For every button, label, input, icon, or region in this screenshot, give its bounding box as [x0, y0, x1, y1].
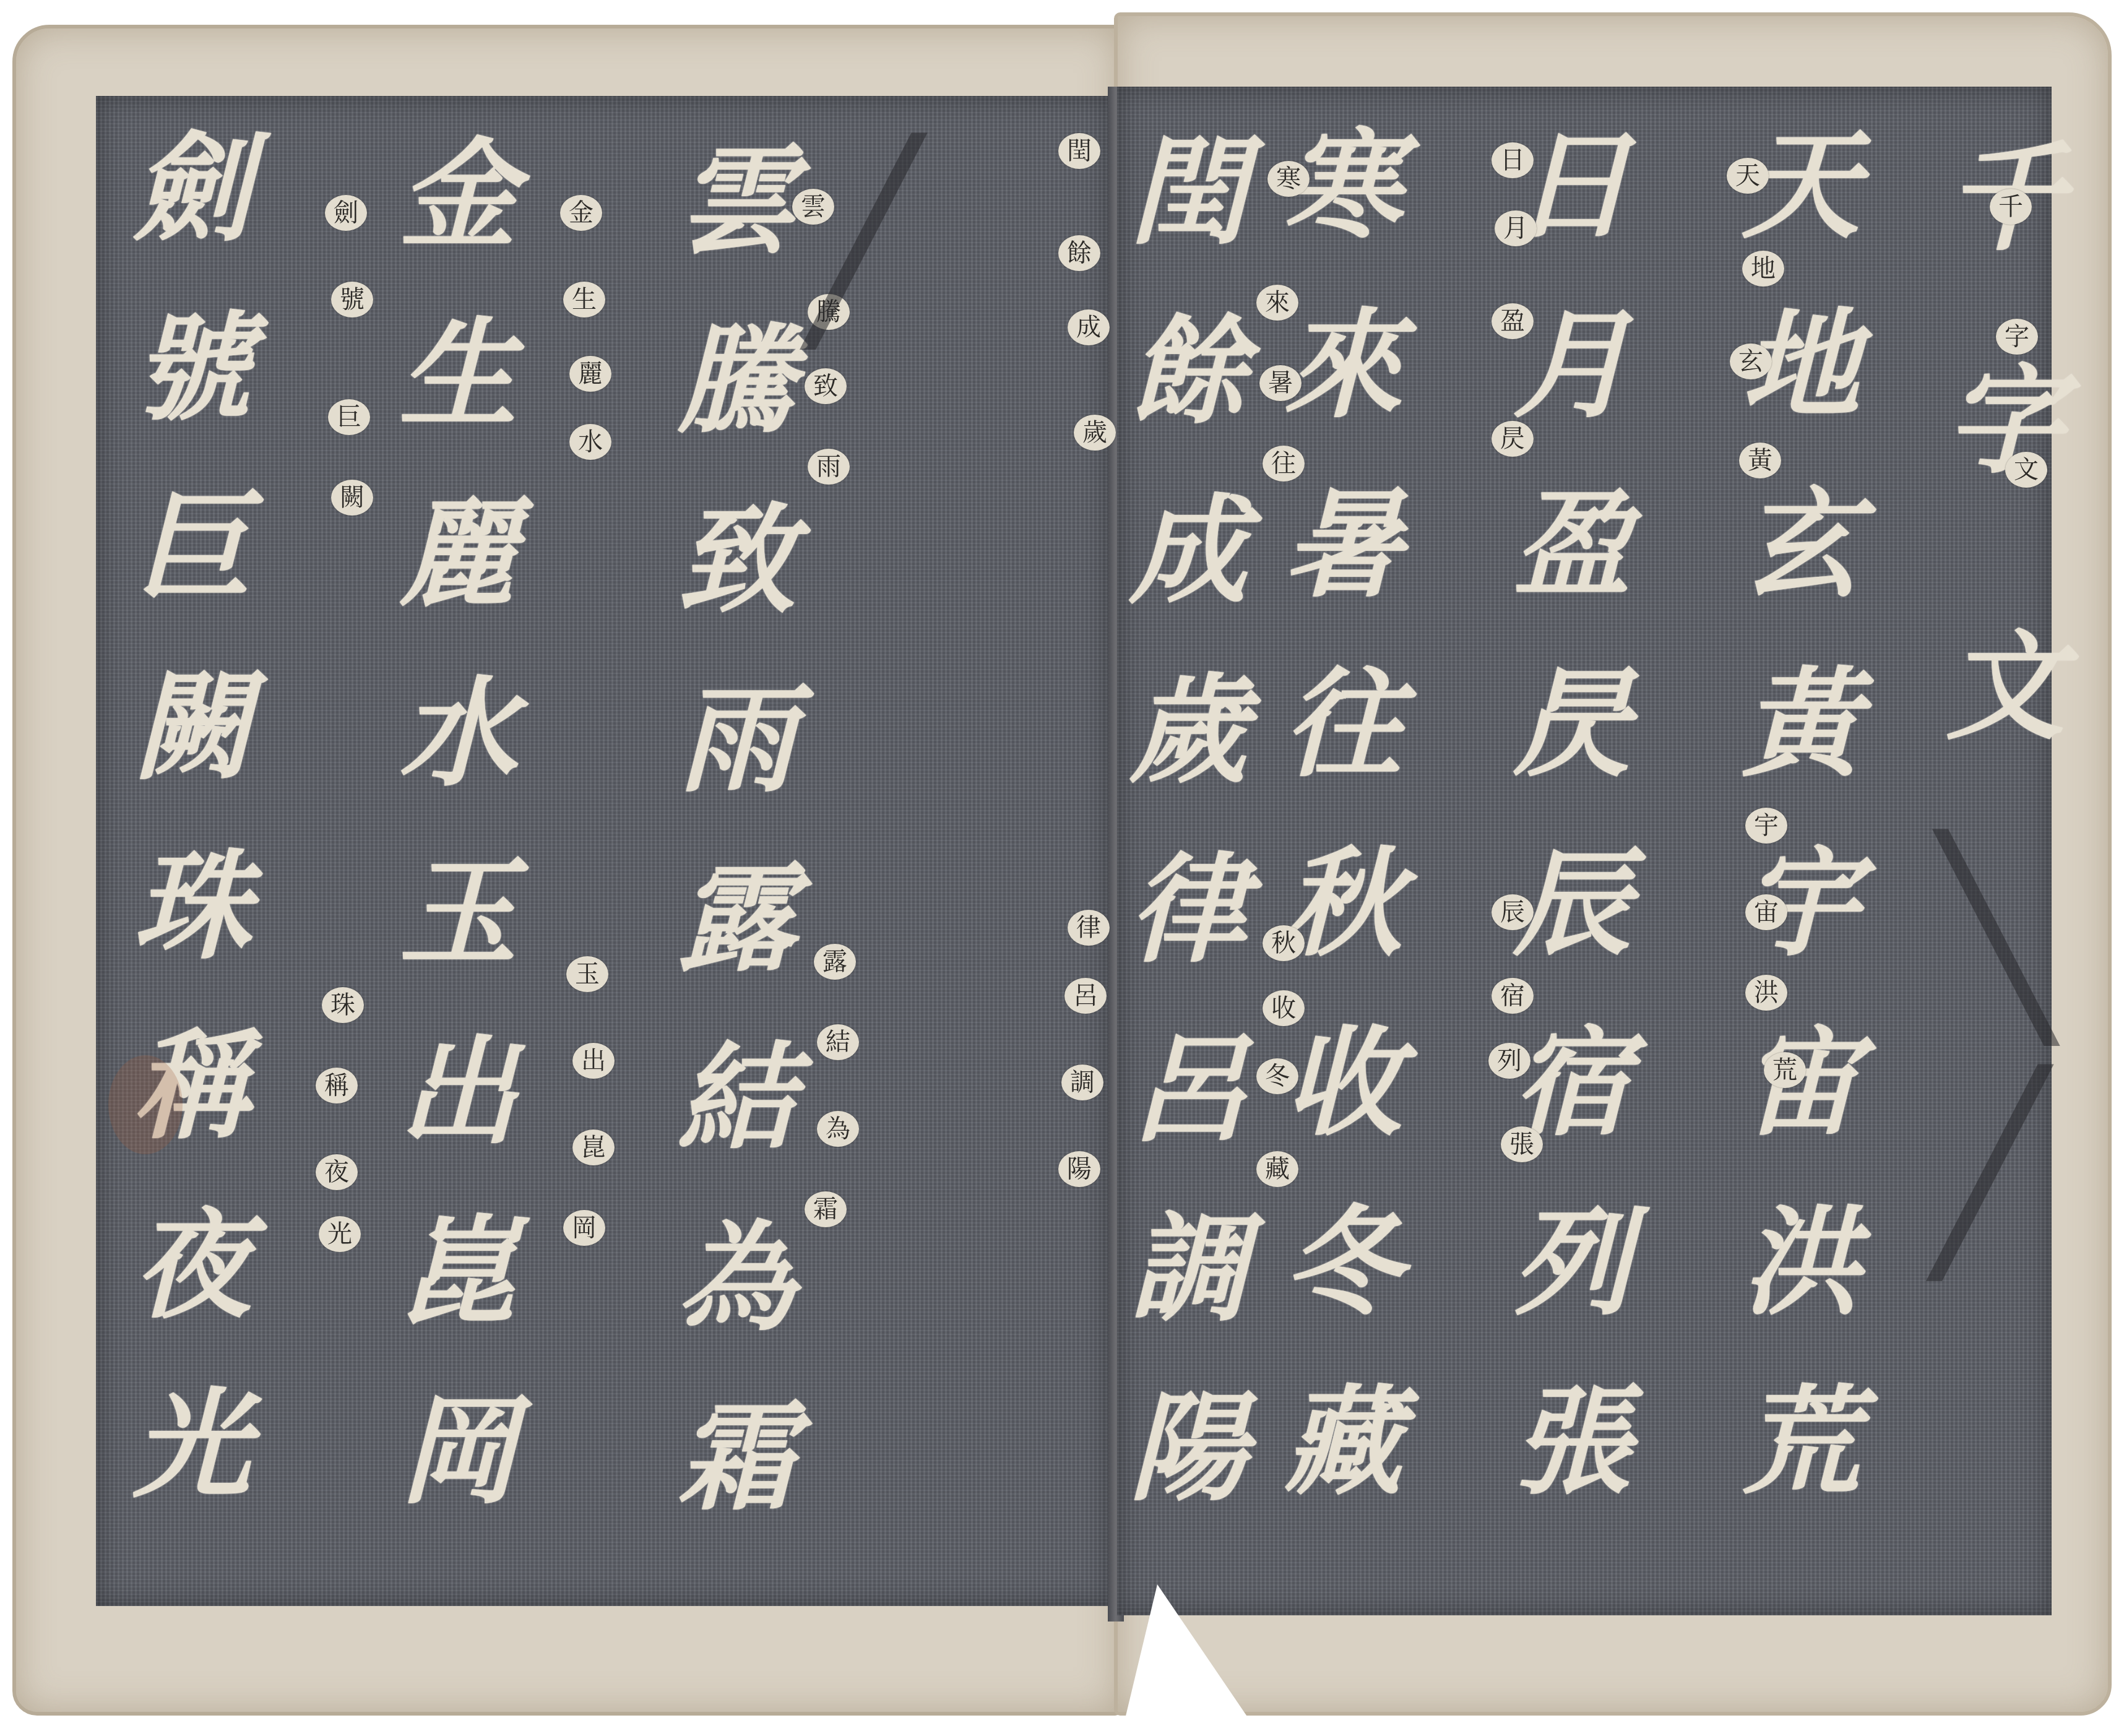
cursive-glyph: 為	[665, 1204, 808, 1352]
cursive-glyph: 閏	[1117, 118, 1259, 266]
cursive-glyph: 昃	[1501, 650, 1643, 798]
cursive-glyph: 霜	[665, 1383, 808, 1532]
cursive-glyph: 張	[1501, 1368, 1643, 1516]
annotation-circle: 出	[572, 1043, 615, 1079]
annotation-circle: 昃	[1492, 421, 1534, 457]
cursive-glyph: 結	[665, 1024, 808, 1173]
cursive-glyph: 光	[121, 1371, 263, 1519]
annotation-circle: 金	[560, 195, 602, 231]
handwritten-ink-mark: ╱	[808, 133, 920, 349]
annotation-circle: 宙	[1745, 894, 1787, 930]
annotation-circle: 黃	[1739, 443, 1781, 478]
annotation-circle: 秋	[1263, 925, 1305, 961]
cursive-glyph: 玄	[1730, 470, 1872, 619]
cursive-glyph: 水	[387, 659, 529, 808]
annotation-circle: 水	[569, 424, 611, 460]
annotation-circle: 崑	[572, 1129, 615, 1165]
annotation-circle: 地	[1742, 251, 1784, 287]
annotation-circle: 宿	[1492, 978, 1534, 1014]
annotation-circle: 闕	[331, 480, 373, 516]
cursive-glyph: 藏	[1272, 1368, 1414, 1516]
annotation-circle: 冬	[1256, 1058, 1298, 1094]
cursive-glyph: 雨	[665, 665, 808, 814]
annotation-circle: 寒	[1267, 161, 1310, 197]
cursive-glyph: 劍	[121, 114, 263, 263]
cursive-glyph: 呂	[1117, 1015, 1259, 1164]
annotation-circle: 結	[817, 1024, 859, 1060]
annotation-circle: 往	[1263, 446, 1305, 482]
cursive-glyph: 餘	[1117, 297, 1259, 446]
annotation-circle: 珠	[322, 987, 364, 1023]
cursive-glyph: 麗	[387, 480, 529, 628]
annotation-circle: 致	[805, 368, 847, 404]
annotation-circle: 千	[1990, 189, 2032, 225]
cursive-glyph: 律	[1117, 836, 1259, 984]
annotation-circle: 夜	[316, 1154, 358, 1190]
column-han-lai: 寒 來 暑 往 秋 收 冬 藏 寒 來 暑 往 秋 收 冬 藏	[1272, 87, 1457, 1615]
annotation-circle: 露	[814, 944, 856, 980]
cursive-glyph: 冬	[1272, 1188, 1414, 1337]
annotation-circle: 字	[1996, 319, 2038, 355]
annotation-circle: 巨	[328, 399, 370, 435]
cursive-glyph: 往	[1272, 650, 1414, 798]
annotation-circle: 調	[1061, 1064, 1103, 1100]
annotation-circle: 洪	[1745, 975, 1787, 1011]
cursive-glyph: 出	[387, 1018, 529, 1167]
annotation-circle: 呂	[1064, 978, 1107, 1014]
cursive-glyph: 調	[1117, 1194, 1259, 1343]
annotation-circle: 玉	[566, 956, 608, 992]
column-title: 千 字 文 千 字 文 ╲ ╱	[1934, 87, 2120, 1615]
cursive-glyph: 列	[1501, 1188, 1643, 1337]
column-jian-hao: 劍 號 巨 闕 珠 稱 夜 光 劍 號 巨 闕 珠 稱 夜 光	[121, 96, 306, 1606]
column-ri-yue: 日 月 盈 昃 辰 宿 列 張 日 月 盈 昃 辰 宿 列 張	[1501, 87, 1686, 1615]
annotation-circle: 列	[1488, 1043, 1530, 1079]
cursive-glyph: 荒	[1730, 1368, 1872, 1516]
cursive-glyph: 玉	[387, 839, 529, 987]
annotation-circle: 收	[1263, 990, 1305, 1026]
cursive-glyph: 岡	[387, 1377, 529, 1526]
annotation-circle: 陽	[1058, 1151, 1100, 1187]
annotation-circle: 辰	[1492, 894, 1534, 930]
annotation-circle: 荒	[1764, 1052, 1806, 1088]
cursive-glyph: 騰	[665, 306, 808, 455]
cursive-glyph: 成	[1117, 477, 1259, 625]
cursive-glyph: 盈	[1501, 470, 1643, 619]
torn-spine-gap	[1120, 1584, 1263, 1736]
annotation-circle: 暑	[1259, 365, 1302, 401]
annotation-circle: 宇	[1745, 808, 1787, 844]
annotation-circle: 霜	[805, 1191, 847, 1227]
right-ink-panel: 閏 餘 成 歲 律 呂 調 陽 閏 餘 成 歲 律 呂 調 陽 寒 來 暑 往 …	[1117, 87, 2052, 1615]
annotation-circle: 閏	[1058, 133, 1100, 169]
annotation-circle: 生	[563, 282, 605, 317]
cursive-glyph: 珠	[121, 832, 263, 981]
annotation-circle: 為	[817, 1111, 859, 1147]
cursive-glyph: 黃	[1730, 650, 1872, 798]
cursive-glyph: 生	[387, 300, 529, 449]
column-jin-sheng: 金 生 麗 水 玉 出 崑 岡 金 生 麗 水 玉 出 崑 岡	[387, 96, 572, 1606]
cursive-glyph: 致	[665, 486, 808, 634]
cursive-glyph: 夜	[121, 1191, 263, 1340]
annotation-circle: 岡	[563, 1210, 605, 1246]
book-spread: 劍 號 巨 闕 珠 稱 夜 光 劍 號 巨 闕 珠 稱 夜 光 金 生 麗 水 …	[0, 0, 2124, 1736]
annotation-circle: 劍	[325, 195, 367, 231]
cursive-glyph: 闕	[121, 653, 263, 801]
cursive-glyph: 宙	[1730, 1009, 1872, 1157]
cursive-glyph: 洪	[1730, 1188, 1872, 1337]
annotation-circle: 歲	[1074, 415, 1116, 451]
annotation-circle: 號	[331, 282, 373, 317]
cursive-glyph: 巨	[121, 473, 263, 622]
cursive-glyph: 歲	[1117, 656, 1259, 805]
stain	[108, 1055, 183, 1154]
annotation-circle: 天	[1727, 158, 1769, 194]
annotation-circle: 來	[1256, 285, 1298, 321]
annotation-circle: 張	[1501, 1126, 1543, 1162]
annotation-circle: 雨	[808, 449, 850, 485]
annotation-circle: 餘	[1058, 235, 1100, 271]
cursive-glyph: 露	[665, 845, 808, 993]
annotation-circle: 光	[319, 1216, 361, 1252]
annotation-circle: 文	[2005, 452, 2047, 488]
column-tian-di: 天 地 玄 黃 宇 宙 洪 荒 天 地 玄 黃 宇 宙 洪 荒	[1730, 87, 1915, 1615]
annotation-circle: 玄	[1730, 343, 1772, 379]
cursive-glyph: 暑	[1272, 470, 1414, 619]
cursive-glyph: 金	[387, 121, 529, 269]
annotation-circle: 日	[1492, 142, 1534, 178]
annotation-circle: 麗	[569, 356, 611, 392]
left-ink-panel: 劍 號 巨 闕 珠 稱 夜 光 劍 號 巨 闕 珠 稱 夜 光 金 生 麗 水 …	[96, 96, 1111, 1606]
annotation-circle: 月	[1495, 210, 1537, 246]
annotation-circle: 成	[1068, 309, 1110, 345]
annotation-circle: 盈	[1492, 303, 1534, 339]
cursive-glyph: 崑	[387, 1198, 529, 1346]
handwritten-ink-mark: ╱	[1934, 1064, 2046, 1280]
annotation-circle: 律	[1068, 910, 1110, 946]
title-glyph: 文	[1934, 613, 2076, 761]
annotation-circle: 稱	[316, 1068, 358, 1103]
annotation-circle: 藏	[1256, 1151, 1298, 1187]
cursive-glyph: 號	[121, 294, 263, 443]
cursive-glyph: 雲	[665, 127, 808, 275]
cursive-glyph: 陽	[1117, 1374, 1259, 1522]
handwritten-ink-mark: ╲	[1940, 829, 2052, 1045]
